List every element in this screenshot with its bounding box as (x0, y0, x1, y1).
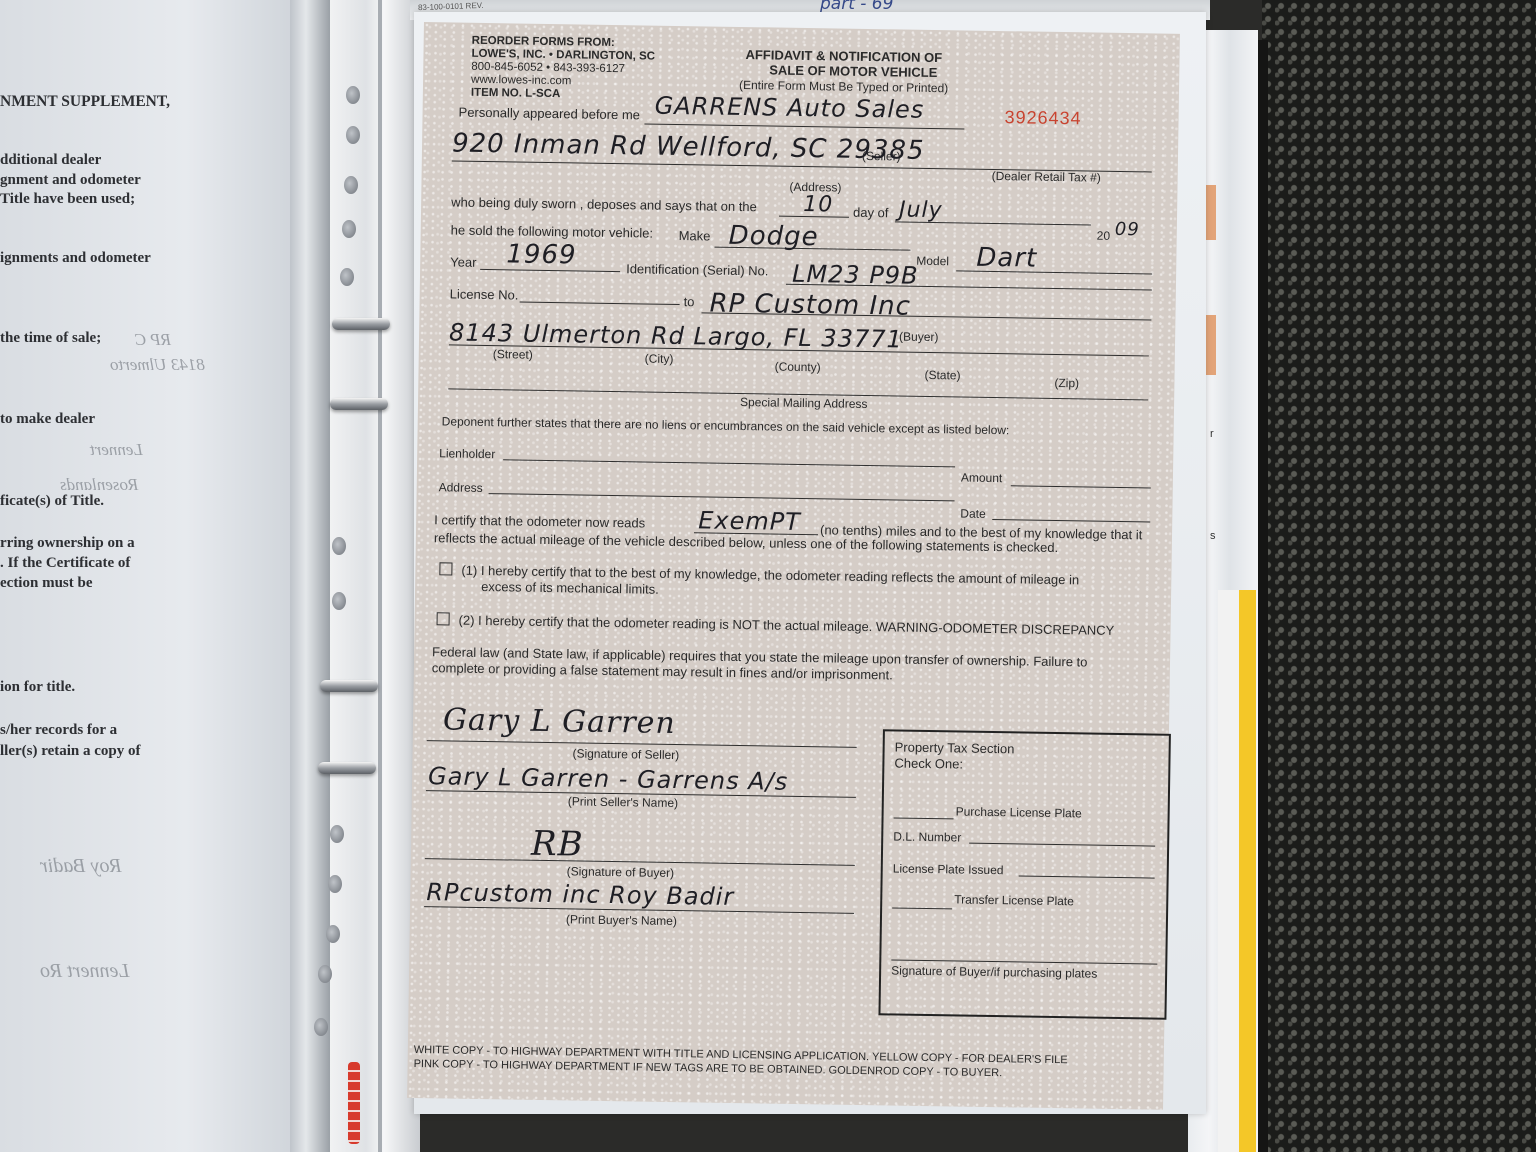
buyer-signature-hw[interactable]: RB (531, 824, 584, 865)
page-tab (1206, 315, 1216, 375)
left-line: ficate(s) of Title. (0, 493, 104, 510)
print-seller-label: (Print Seller's Name) (568, 794, 679, 810)
left-line: Title have been used; (0, 191, 135, 208)
dl-number-line[interactable] (969, 843, 1155, 847)
ghost-handwriting: Lennert (90, 440, 143, 460)
tax-title: Property Tax Section (895, 739, 1015, 756)
month-hw[interactable]: July (899, 197, 943, 223)
seller-name-hw[interactable]: GARRENS Auto Sales (654, 92, 924, 124)
left-page: NMENT SUPPLEMENT, dditional dealer gnmen… (0, 0, 310, 1152)
print-buyer-label: (Print Buyer's Name) (566, 912, 677, 928)
transfer-plate-label: Transfer License Plate (954, 892, 1074, 908)
transfer-plate-line[interactable] (892, 907, 952, 909)
amount-line (1011, 485, 1151, 488)
ghost-handwriting: RP C (135, 330, 171, 350)
date-label: Date (960, 506, 986, 520)
punch-hole (330, 825, 344, 843)
model-hw[interactable]: Dart (976, 243, 1037, 274)
dealer-tax-label: (Dealer Retail Tax #) (992, 169, 1101, 185)
binder-ring (332, 318, 390, 330)
left-line: dditional dealer (0, 152, 101, 169)
year-label: Year (450, 254, 477, 269)
seller-signature-hw[interactable]: Gary L Garren (443, 702, 676, 741)
sleeve-red-label (348, 1062, 360, 1144)
lien-address-line (489, 493, 955, 501)
county-label: (County) (775, 360, 821, 375)
sworn-label: who being duly sworn , deposes and says … (451, 194, 757, 214)
serial-no-hw[interactable]: LM23 P9B (792, 260, 919, 290)
sig-buyer-label: (Signature of Buyer) (567, 864, 675, 880)
plate-issued-line[interactable] (1019, 875, 1155, 878)
day-hw[interactable]: 10 (803, 192, 833, 217)
sleeve-seam (378, 0, 382, 1152)
reorder-line: ITEM NO. L-SCA (471, 87, 561, 101)
amount-label: Amount (961, 470, 1003, 485)
seller-line (644, 123, 964, 129)
left-line: gnment and odometer (0, 172, 141, 189)
punch-hole (346, 126, 360, 144)
to-label: to (684, 294, 695, 309)
ghost-handwriting: Roy Badir (40, 855, 122, 878)
purchase-plate-line[interactable] (894, 817, 954, 819)
statement2-checkbox[interactable] (437, 612, 450, 625)
deponent-text: Deponent further states that there are n… (442, 414, 1010, 437)
punch-hole (342, 220, 356, 238)
vehicle-year-hw[interactable]: 1969 (506, 239, 577, 270)
statement1-checkbox[interactable] (439, 562, 452, 575)
zip-label: (Zip) (1054, 376, 1079, 390)
binder-ring (318, 762, 376, 774)
plate-issued-label: License Plate Issued (893, 861, 1004, 877)
date-line (992, 519, 1150, 522)
ghost-handwriting: Rosenlands (60, 475, 138, 495)
model-label: Model (916, 254, 949, 269)
state-label: (State) (924, 368, 960, 383)
punch-hole (314, 1018, 328, 1036)
ghost-handwriting: Lennert Ro (40, 960, 129, 983)
odometer-prefix: I certify that the odometer now reads (434, 512, 645, 530)
punch-hole (332, 592, 346, 610)
lienholder-line (503, 459, 955, 467)
punch-hole (328, 875, 342, 893)
page-tab (1206, 185, 1216, 240)
sold-label: he sold the following motor vehicle: (451, 222, 654, 240)
tax-check-one: Check One: (894, 755, 963, 771)
affidavit-form: REORDER FORMS FROM: LOWE'S, INC. • DARLI… (407, 22, 1180, 1110)
punch-hole (344, 176, 358, 194)
left-line: ection must be (0, 575, 93, 592)
punch-hole (326, 925, 340, 943)
buyer-label: (Buyer) (899, 330, 939, 345)
odometer-hw[interactable]: ExemPT (698, 506, 801, 536)
left-line: ller(s) retain a copy of (0, 743, 141, 760)
left-line: to make dealer (0, 411, 95, 428)
punch-hole (318, 965, 332, 983)
city-label: (City) (645, 352, 674, 366)
buyer-hw[interactable]: RP Custom Inc (709, 289, 911, 322)
statement2-text: (2) I hereby certify that the odometer r… (458, 613, 1114, 638)
page-edge-letter: s (1210, 530, 1216, 542)
make-hw[interactable]: Dodge (728, 221, 818, 252)
left-line: the time of sale; (0, 330, 101, 347)
yellow-copy-edge (1218, 590, 1256, 1152)
license-label: License No. (450, 286, 519, 302)
binder-spine (330, 0, 420, 1152)
buyer-plate-signature-label: Signature of Buyer/if purchasing plates (891, 963, 1097, 980)
purchase-plate-label: Purchase License Plate (956, 804, 1082, 820)
lienholder-label: Lienholder (439, 446, 495, 461)
left-line: ion for title. (0, 679, 75, 696)
identification-label: Identification (Serial) No. (626, 261, 769, 278)
property-tax-box: Property Tax Section Check One: Purchase… (878, 729, 1170, 1019)
left-line: ignments and odometer (0, 250, 151, 267)
punch-hole (332, 537, 346, 555)
statement1-text2: excess of its mechanical limits. (481, 579, 659, 597)
page-edge-letter: r (1210, 428, 1214, 440)
fabric-background (1262, 0, 1536, 1152)
dl-number-label: D.L. Number (893, 829, 961, 844)
punch-hole (340, 268, 354, 286)
left-line: NMENT SUPPLEMENT, (0, 93, 170, 111)
make-label: Make (679, 228, 711, 243)
year-suffix-hw[interactable]: 09 (1115, 219, 1140, 240)
binder-ring (330, 398, 388, 410)
seller-address-hw[interactable]: 920 Inman Rd Wellford, SC 29385 (452, 128, 925, 165)
lien-address-label: Address (439, 480, 483, 495)
left-line: . If the Certificate of (0, 555, 130, 572)
serial-number: 3926434 (1004, 107, 1081, 129)
binder-ring (320, 680, 378, 692)
form-title: SALE OF MOTOR VEHICLE (769, 62, 937, 80)
street-label: (Street) (493, 347, 533, 362)
sig-seller-label: (Signature of Seller) (572, 746, 679, 762)
left-line: s/her records for a (0, 722, 117, 739)
punch-hole (346, 86, 360, 104)
day-of-label: day of (853, 205, 889, 221)
year-prefix-label: 20 (1097, 229, 1111, 243)
appeared-label: Personally appeared before me (458, 105, 640, 123)
license-line (520, 302, 680, 306)
special-mailing-label: Special Mailing Address (740, 395, 868, 411)
left-line: rring ownership on a (0, 535, 135, 552)
ghost-handwriting: 8143 Ulmerto (110, 355, 205, 375)
